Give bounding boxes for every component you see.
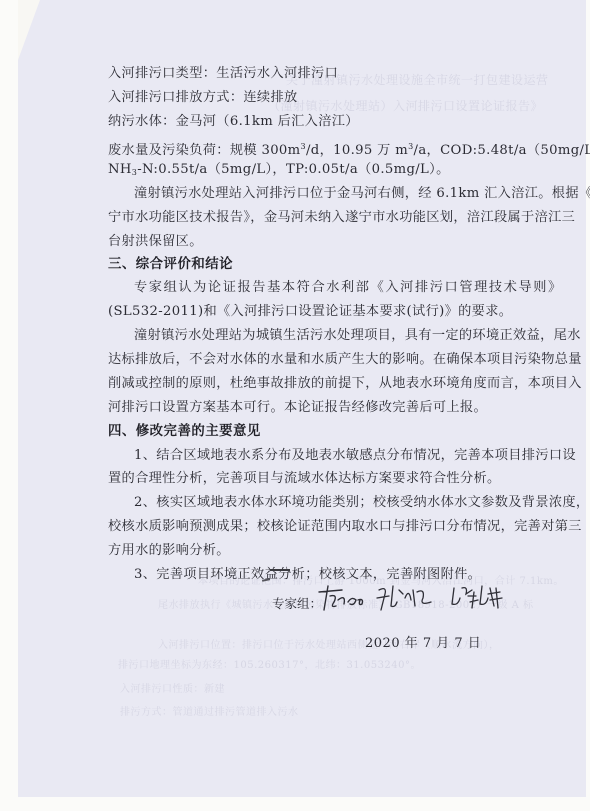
bleed-through-text: 排污方式：管道通过排污管道排入污水 [120,703,299,718]
conclusion-paragraph-line: 潼射镇污水处理站为城镇生活污水处理项目，具有一定的环境正效益，尾水 [134,328,510,344]
signature-1 [316,580,368,614]
section-heading-conclusion: 三、综合评价和结论 [108,256,233,272]
revision-item-1-line: 置的合理性分析，完善项目与流域水体达标方案要求符合性分析。 [108,471,510,487]
handwritten-dash [270,569,290,571]
location-paragraph-line: 台射洪保留区。 [108,234,510,250]
page-fold-corner [18,0,40,60]
outlet-type-line: 入河排污口类型：生活污水入河排污口 [108,66,510,82]
revision-item-2-line: 校核水质影响预测成果；校核论证范围内取水口与排污口分布情况，完善对第三 [108,519,510,535]
discharge-mode-line: 入河排污口排放方式：连续排放 [108,90,510,106]
pollution-load-line-1: 废水量及污染负荷：规模 300m3/d，10.95 万 m3/a，COD:5.4… [108,139,510,159]
bleed-through-text: 排污口地理坐标为东经：105.260317°，北纬：31.053240°。 [118,656,421,671]
conclusion-paragraph-line: 专家组认为论证报告基本符合水利部《入河排污口管理技术导则》 [134,280,510,296]
conclusion-paragraph-line: 河排污口设置方案基本可行。本论证报告经修改完善后可上报。 [108,400,510,416]
revision-item-2-line: 2、核实区域地表水体水环境功能类别；校核受纳水体水文参数及背景浓度， [134,495,510,511]
conclusion-paragraph-line: (SL532-2011)和《入河排污口设置论证基本要求(试行)》的要求。 [108,304,510,320]
receiving-water-line: 纳污水体：金马河（6.1km 后汇入涪江） [108,114,510,130]
revision-item-1-line: 1、结合区域地表水系分布及地表水敏感点分布情况，完善本项目排污口设 [134,448,510,464]
signature-3 [448,580,512,614]
revision-item-2-line: 方用水的影响分析。 [108,543,510,559]
pollution-load-line-2: NH3-N:0.55t/a（5mg/L），TP:0.05t/a（0.5mg/L）… [108,162,510,181]
conclusion-paragraph-line: 削减或控制的原则，杜绝事故排放的前提下，从地表水环境角度而言，本项目入 [108,376,510,392]
bleed-through-text: 入河排污口性质：新建 [120,680,225,695]
signoff-date: 2020 年 7 月 7 日 [365,632,481,651]
expert-group-label: 专家组： [272,594,322,612]
section-heading-revisions: 四、修改完善的主要意见 [108,423,261,439]
location-paragraph-line: 潼射镇污水处理站入河排污口位于金马河右侧，经 6.1km 汇入涪江。根据《遂 [134,186,510,202]
location-paragraph-line: 宁市水功能区技术报告》，金马河未纳入遂宁市水功能区划，涪江段属于涪江三 [108,210,510,226]
signature-2 [375,580,437,614]
conclusion-paragraph-line: 达标排放后，不会对水体的水量和水质产生大的影响。在确保本项目污染物总量 [108,352,510,368]
